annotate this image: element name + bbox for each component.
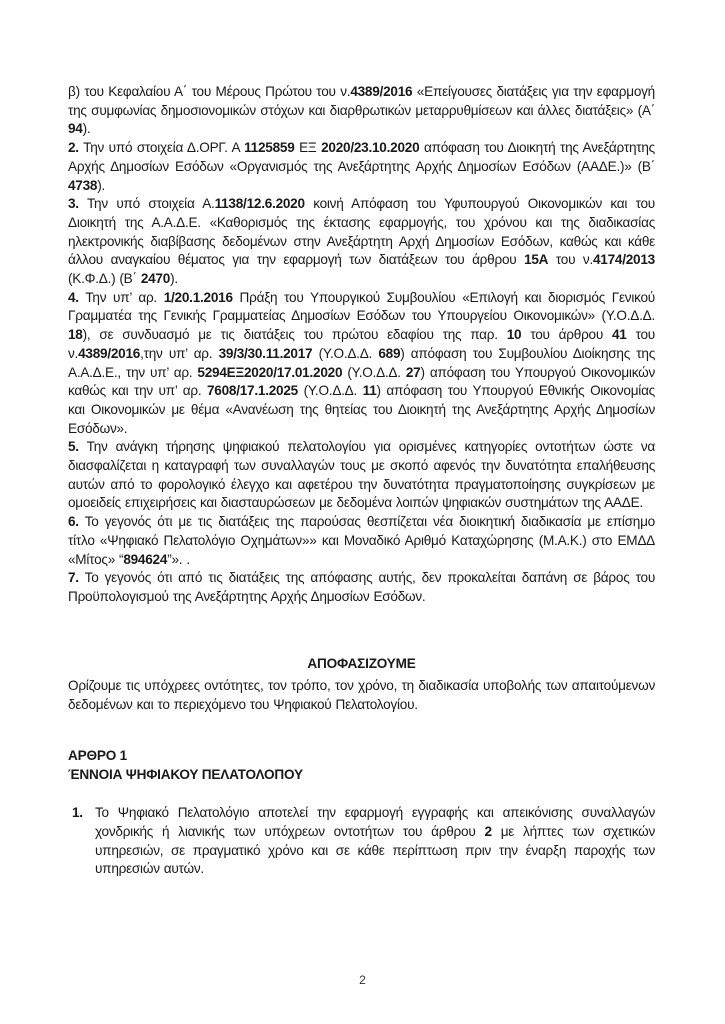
article-items-list: 1.Το Ψηφιακό Πελατολόγιο αποτελεί την εφ… (68, 804, 655, 879)
recitals-section: β) του Κεφαλαίου Α΄ του Μέρους Πρώτου το… (68, 83, 655, 607)
recital-7: 7. Το γεγονός ότι από τις διατάξεις της … (68, 569, 655, 606)
document-page: β) του Κεφαλαίου Α΄ του Μέρους Πρώτου το… (68, 83, 655, 879)
spacer (68, 784, 655, 804)
recital-2: 2. Την υπό στοιχεία Δ.ΟΡΓ. Α 1125859 ΕΞ … (68, 139, 655, 195)
decision-title: ΑΠΟΦΑΣΙΖΟΥΜΕ (68, 655, 655, 674)
page-number: 2 (0, 973, 725, 987)
article-title: ΈΝΝΟΙΑ ΨΗΦΙΑΚΟΥ ΠΕΛΑΤΟΛΟΠΟΥ (68, 766, 655, 785)
decision-intro: Ορίζουμε τις υπόχρεες οντότητες, τον τρό… (68, 677, 655, 714)
recital-3: 3. Την υπό στοιχεία Α.1138/12.6.2020 κοι… (68, 195, 655, 289)
recital-4: 4. Την υπ’ αρ. 1/20.1.2016 Πράξη του Υπο… (68, 289, 655, 439)
spacer (68, 715, 655, 747)
list-item-number: 1. (68, 804, 95, 879)
recital-6: 6. Το γεγονός ότι με τις διατάξεις της π… (68, 513, 655, 569)
spacer (68, 607, 655, 655)
article-number: ΑΡΘΡΟ 1 (68, 747, 655, 766)
article-list-item: 1.Το Ψηφιακό Πελατολόγιο αποτελεί την εφ… (68, 804, 655, 879)
b-continuation: β) του Κεφαλαίου Α΄ του Μέρους Πρώτου το… (68, 83, 655, 139)
list-item-text: Το Ψηφιακό Πελατολόγιο αποτελεί την εφαρ… (95, 804, 655, 879)
recital-5: 5. Την ανάγκη τήρησης ψηφιακού πελατολογ… (68, 438, 655, 513)
